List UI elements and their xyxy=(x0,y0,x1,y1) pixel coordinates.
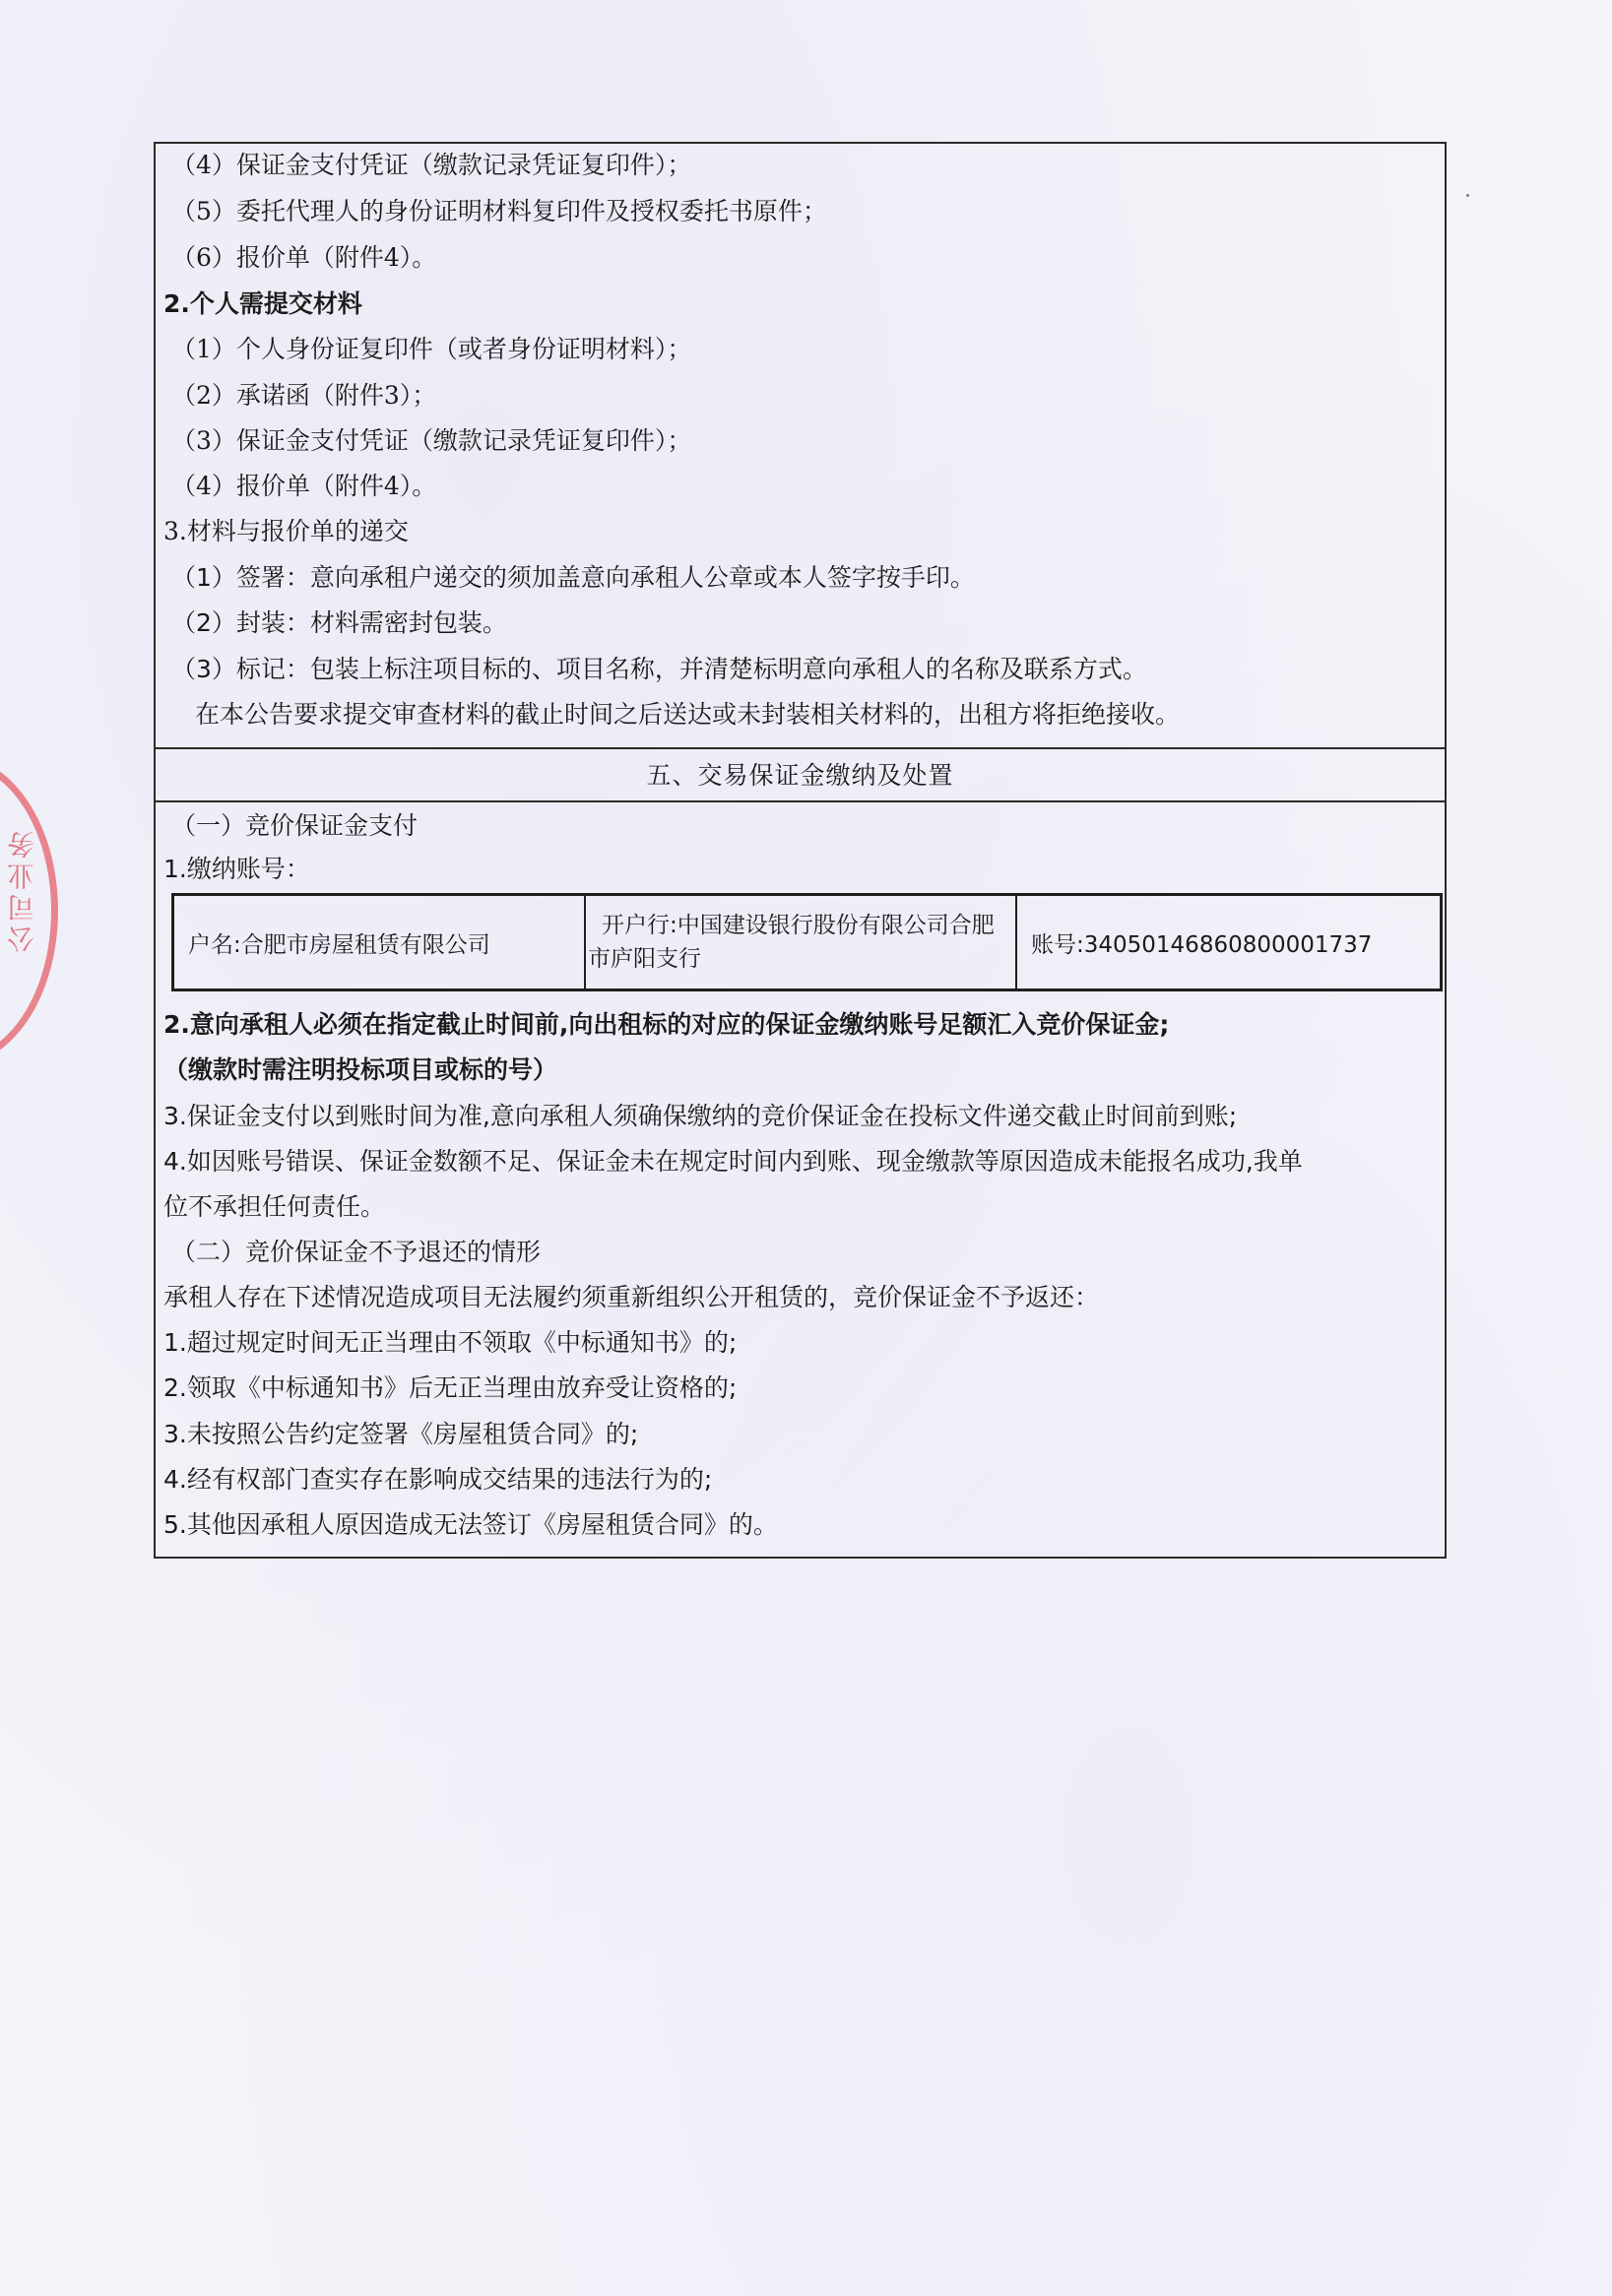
individual-item-3: （3）保证金支付凭证（缴款记录凭证复印件）； xyxy=(171,425,691,457)
payment-rule-3: 3.保证金支付以到账时间为准,意向承租人须确保缴纳的竞价保证金在投标文件递交截止… xyxy=(163,1101,1237,1132)
section-five-title: 五、交易保证金缴纳及处置 xyxy=(156,749,1445,802)
payment-rule-2: 2.意向承租人必须在指定截止时间前,向出租标的对应的保证金缴纳账号足额汇入竞价保… xyxy=(163,1009,1169,1041)
bank-name: 开户行:中国建设银行股份有限公司合肥市庐阳支行 xyxy=(588,909,1013,976)
submission-item-3: （3）标记：包装上标注项目标的、项目名称，并清楚标明意向承租人的名称及联系方式。 xyxy=(171,654,1147,685)
bank-account-table: 户名:合肥市房屋租赁有限公司 开户行:中国建设银行股份有限公司合肥市庐阳支行 账… xyxy=(171,893,1443,991)
scan-speck xyxy=(1466,194,1469,197)
payment-rule-4-cont: 位不承担任何责任。 xyxy=(163,1191,385,1223)
materials-section: （4）保证金支付凭证（缴款记录凭证复印件）； （5）委托代理人的身份证明材料复印… xyxy=(156,144,1445,749)
individual-heading: 2.个人需提交材料 xyxy=(163,288,362,320)
individual-item-2: （2）承诺函（附件3）； xyxy=(171,380,436,412)
forfeit-item-3: 3.未按照公告约定签署《房屋租赁合同》的; xyxy=(163,1419,638,1450)
deposit-section: （一）竞价保证金支付 1.缴纳账号： 户名:合肥市房屋租赁有限公司 开户行:中国… xyxy=(156,802,1445,1557)
individual-item-1: （1）个人身份证复印件（或者身份证明材料）； xyxy=(171,334,691,365)
submission-item-2: （2）封装：材料需密封包装。 xyxy=(171,607,507,639)
account-label: 1.缴纳账号： xyxy=(163,854,310,885)
company-seal-text: 公司业务 xyxy=(2,827,41,953)
company-item-6: （6）报价单（附件4）。 xyxy=(171,242,436,274)
rejection-note: 在本公告要求提交审查材料的截止时间之后送达或未封装相关材料的，出租方将拒绝接收。 xyxy=(195,699,1180,731)
account-number: 账号:34050146860800001737 xyxy=(1031,926,1372,959)
announcement-table: （4）保证金支付凭证（缴款记录凭证复印件）； （5）委托代理人的身份证明材料复印… xyxy=(154,142,1447,1559)
account-name-cell: 户名:合肥市房屋租赁有限公司 xyxy=(174,896,586,989)
company-item-4: （4）保证金支付凭证（缴款记录凭证复印件）； xyxy=(171,150,691,181)
submission-heading: 3.材料与报价单的递交 xyxy=(163,516,409,547)
account-name: 户名:合肥市房屋租赁有限公司 xyxy=(188,926,490,959)
forfeit-item-4: 4.经有权部门查实存在影响成交结果的违法行为的; xyxy=(163,1464,712,1496)
bank-cell: 开户行:中国建设银行股份有限公司合肥市庐阳支行 xyxy=(586,896,1017,989)
part-two-heading: （二）竞价保证金不予退还的情形 xyxy=(171,1237,541,1268)
forfeit-item-2: 2.领取《中标通知书》后无正当理由放弃受让资格的; xyxy=(163,1372,737,1404)
individual-item-4: （4）报价单（附件4）。 xyxy=(171,471,436,502)
part-two-intro: 承租人存在下述情况造成项目无法履约须重新组织公开租赁的，竞价保证金不予返还： xyxy=(163,1282,1099,1313)
payment-rule-4: 4.如因账号错误、保证金数额不足、保证金未在规定时间内到账、现金缴款等原因造成未… xyxy=(163,1146,1303,1178)
part-one-heading: （一）竞价保证金支付 xyxy=(171,810,418,842)
payment-rule-2-note: （缴款时需注明投标项目或标的号） xyxy=(163,1054,557,1086)
submission-item-1: （1）签署：意向承租户递交的须加盖意向承租人公章或本人签字按手印。 xyxy=(171,562,975,594)
account-number-cell: 账号:34050146860800001737 xyxy=(1017,896,1440,989)
forfeit-item-5: 5.其他因承租人原因造成无法签订《房屋租赁合同》的。 xyxy=(163,1509,778,1541)
forfeit-item-1: 1.超过规定时间无正当理由不领取《中标通知书》的; xyxy=(163,1327,737,1359)
company-item-5: （5）委托代理人的身份证明材料复印件及授权委托书原件； xyxy=(171,196,827,227)
